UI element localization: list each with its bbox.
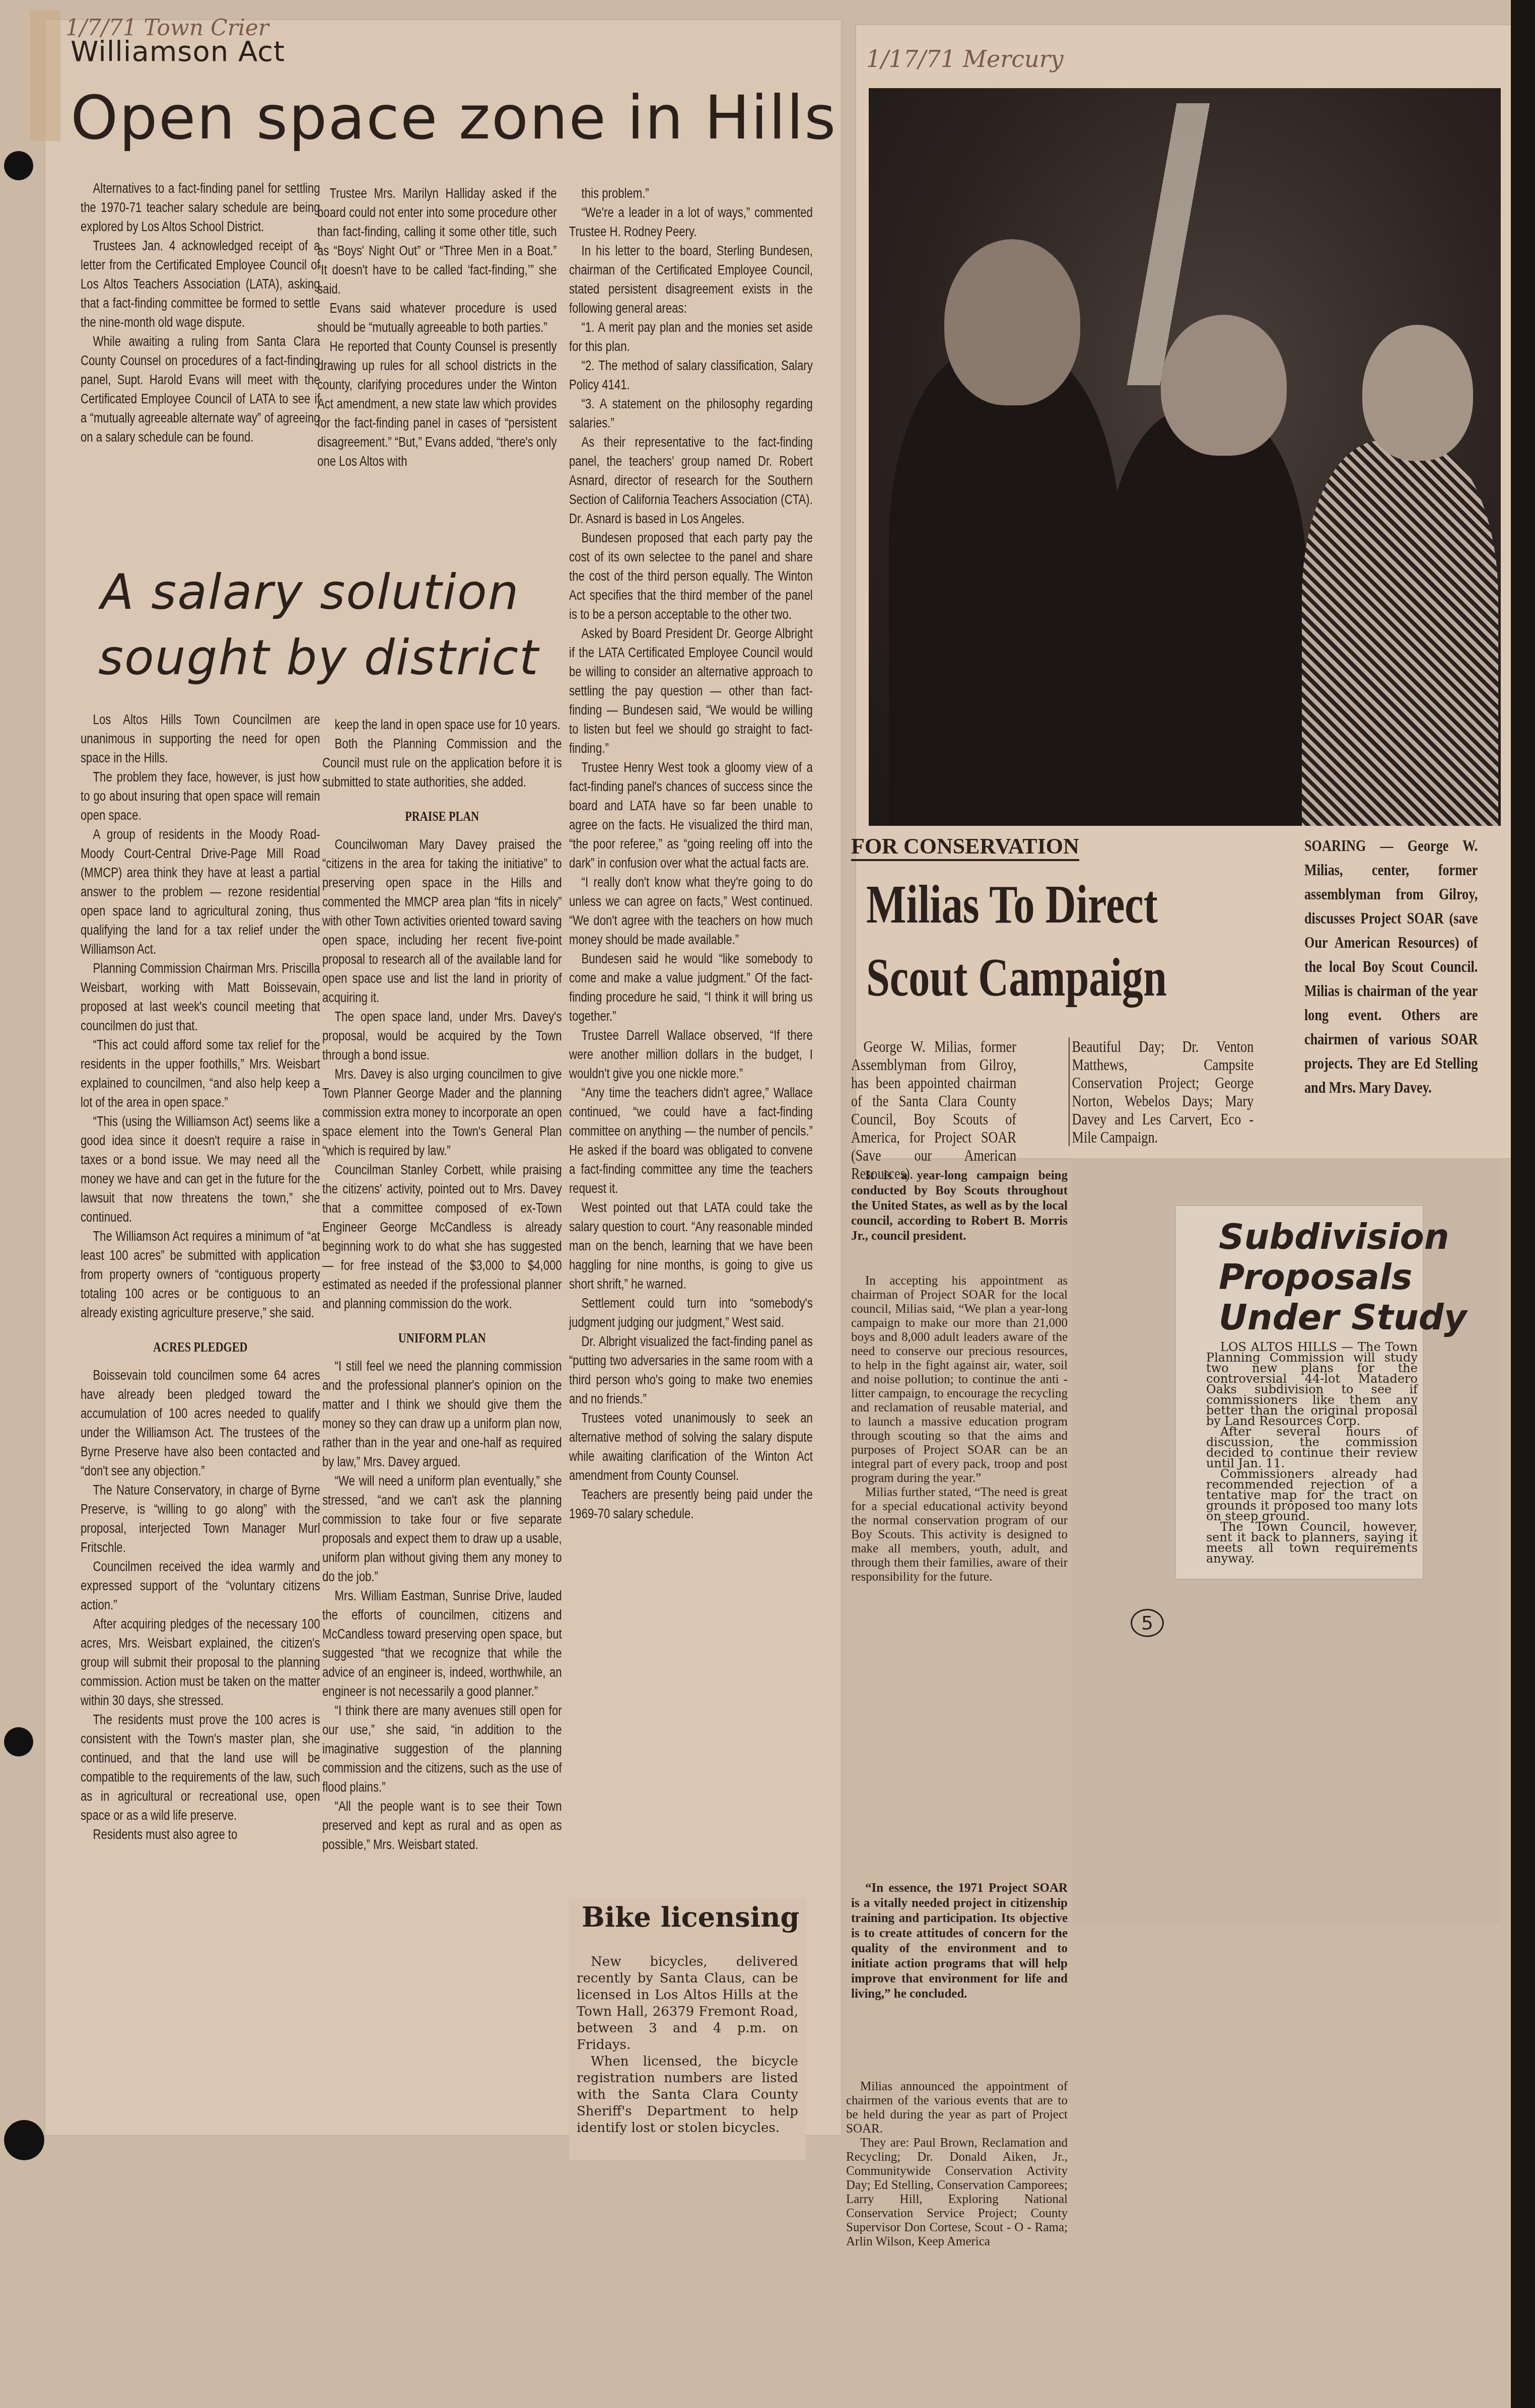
paragraph: Alternatives to a fact-finding panel for… (81, 179, 320, 236)
paragraph: “I still feel we need the planning commi… (322, 1357, 562, 1471)
paragraph: “3. A statement on the philosophy regard… (569, 394, 813, 433)
paragraph: “In essence, the 1971 Project SOAR is a … (851, 1881, 1068, 2002)
milias-lead-left: George W. Milias, former Assemblyman fro… (851, 1037, 1016, 1182)
hills-col-2: keep the land in open space use for 10 y… (322, 715, 562, 1854)
headline-subdivision-3: Under Study (1219, 1297, 1467, 1338)
paragraph: Milias announced the appointment of chai… (846, 2080, 1068, 2136)
person-left (889, 350, 1121, 826)
paragraph: Los Altos Hills Town Councilmen are unan… (81, 710, 320, 767)
subhead-uniform-plan: UNIFORM PLAN (322, 1328, 562, 1348)
paragraph: Councilman Stanley Corbett, while praisi… (322, 1160, 562, 1313)
paragraph: Trustee Darrell Wallace observed, “If th… (569, 1026, 813, 1083)
paragraph: “This (using the Williamson Act) seems l… (81, 1112, 320, 1227)
paragraph: West pointed out that LATA could take th… (569, 1198, 813, 1294)
salary-col-3: this problem.” “We're a leader in a lot … (569, 184, 813, 1523)
salary-col-1: Alternatives to a fact-finding panel for… (81, 179, 320, 447)
headline-bike-licensing: Bike licensing (582, 1901, 799, 1933)
face-left (944, 239, 1080, 405)
paragraph: “2. The method of salary classification,… (569, 356, 813, 394)
paragraph: “I really don't know what they're going … (569, 873, 813, 949)
handwritten-date-right: 1/17/71 Mercury (866, 45, 1064, 73)
headline-subdivision-1: Subdivision (1219, 1216, 1449, 1257)
binder-hole-middle (4, 1727, 33, 1756)
paragraph: “Any time the teachers didn't agree,” Wa… (569, 1083, 813, 1198)
paragraph: The Town Council, however, sent it back … (1206, 1522, 1418, 1564)
person-center (1105, 410, 1307, 826)
paragraph: Boissevain told councilmen some 64 acres… (81, 1366, 320, 1480)
paragraph: New bicycles, delivered recently by Sant… (577, 1954, 798, 2053)
paragraph: “We will need a uniform plan eventually,… (322, 1471, 562, 1586)
face-right (1362, 325, 1473, 461)
paragraph: As their representative to the fact-find… (569, 433, 813, 528)
paragraph: Settlement could turn into “somebody's j… (569, 1294, 813, 1332)
headline-open-space: Open space zone in Hills (71, 83, 837, 153)
label-for-conservation: FOR CONSERVATION (851, 833, 1079, 861)
photo-caption: SOARING — George W. Milias, center, form… (1304, 833, 1478, 1099)
subdivision-body: LOS ALTOS HILLS — The Town Planning Comm… (1206, 1342, 1418, 1564)
paragraph: The residents must prove the 100 acres i… (81, 1710, 320, 1825)
paragraph: Trustee Mrs. Marilyn Halliday asked if t… (317, 184, 557, 299)
paragraph: A group of residents in the Moody Road-M… (81, 825, 320, 959)
binder-hole-bottom (4, 2120, 44, 2160)
paragraph: George W. Milias, former Assemblyman fro… (851, 1037, 1016, 1182)
news-photo-milias (869, 88, 1501, 826)
paragraph: Councilmen received the idea warmly and … (81, 1557, 320, 1614)
paragraph: The open space land, under Mrs. Davey's … (322, 1007, 562, 1065)
paragraph: Trustee Henry West took a gloomy view of… (569, 758, 813, 873)
paragraph: In accepting his appointment as chairman… (851, 1274, 1068, 1485)
paragraph: this problem.” (569, 184, 813, 203)
paragraph: The Nature Conservatory, in charge of By… (81, 1480, 320, 1557)
paragraph: keep the land in open space use for 10 y… (322, 715, 562, 734)
paragraph: Residents must also agree to (81, 1825, 320, 1844)
headline-subdivision-2: Proposals (1219, 1256, 1413, 1298)
paragraph: They are: Paul Brown, Reclamation and Re… (846, 2136, 1068, 2249)
paragraph: The problem they face, however, is just … (81, 767, 320, 825)
paragraph: “1. A merit pay plan and the monies set … (569, 318, 813, 356)
paragraph: While awaiting a ruling from Santa Clara… (81, 332, 320, 447)
paragraph: Dr. Albright visualized the fact-finding… (569, 1332, 813, 1408)
milias-body-continued: In accepting his appointment as chairman… (851, 1274, 1068, 1584)
paragraph: “I think there are many avenues still op… (322, 1701, 562, 1797)
salary-col-2: Trustee Mrs. Marilyn Halliday asked if t… (317, 184, 557, 471)
subhead-acres-pledged: ACRES PLEDGED (81, 1337, 320, 1357)
paragraph: Teachers are presently being paid under … (569, 1485, 813, 1523)
milias-quote: “In essence, the 1971 Project SOAR is a … (851, 1881, 1068, 2002)
paragraph: It is a year-long campaign being conduct… (851, 1168, 1068, 1244)
caption-text: SOARING — George W. Milias, center, form… (1304, 833, 1478, 1099)
paragraph: He reported that County Counsel is prese… (317, 337, 557, 471)
paragraph: Trustees voted unanimously to seek an al… (569, 1408, 813, 1485)
paragraph: Milias further stated, “The need is grea… (851, 1485, 1068, 1584)
milias-body-column: It is a year-long campaign being conduct… (851, 1168, 1068, 1244)
milias-chairmen: Milias announced the appointment of chai… (846, 2080, 1068, 2249)
paragraph: After acquiring pledges of the necessary… (81, 1614, 320, 1710)
paragraph: Mrs. William Eastman, Sunrise Drive, lau… (322, 1586, 562, 1701)
milias-lead-right: Beautiful Day; Dr. Venton Matthews, Camp… (1069, 1037, 1253, 1146)
headline-milias-line2: Scout Campaign (866, 947, 1167, 1009)
subhead-praise-plan: PRAISE PLAN (322, 807, 562, 826)
headline-milias-line1: Milias To Direct (866, 874, 1158, 936)
paragraph: After several hours of discussion, the c… (1206, 1427, 1418, 1469)
paragraph: The Williamson Act requires a minimum of… (81, 1227, 320, 1322)
page-number-circle: 5 (1131, 1609, 1164, 1637)
kicker-williamson-act: Williamson Act (71, 35, 285, 68)
person-right (1302, 441, 1498, 826)
hills-col-1: Los Altos Hills Town Councilmen are unan… (81, 710, 320, 1844)
paragraph: Asked by Board President Dr. George Albr… (569, 624, 813, 758)
paragraph: When licensed, the bicycle registration … (577, 2053, 798, 2137)
paragraph: Evans said whatever procedure is used sh… (317, 299, 557, 337)
bike-licensing-body: New bicycles, delivered recently by Sant… (577, 1954, 798, 2137)
headline-salary-line1: A salary solution (101, 564, 519, 620)
binder-hole-top (4, 151, 33, 180)
paragraph: Trustees Jan. 4 acknowledged receipt of … (81, 236, 320, 332)
paragraph: Both the Planning Commission and the Cou… (322, 734, 562, 792)
paragraph: Planning Commission Chairman Mrs. Prisci… (81, 959, 320, 1035)
paragraph: Bundesen said he would “like somebody to… (569, 949, 813, 1026)
paragraph: LOS ALTOS HILLS — The Town Planning Comm… (1206, 1342, 1418, 1427)
paragraph: In his letter to the board, Sterling Bun… (569, 241, 813, 318)
paragraph: Bundesen proposed that each party pay th… (569, 528, 813, 624)
paragraph: Councilwoman Mary Davey praised the “cit… (322, 835, 562, 1007)
paragraph: “All the people want is to see their Tow… (322, 1797, 562, 1854)
paragraph: “We're a leader in a lot of ways,” comme… (569, 203, 813, 241)
paragraph: Commissioners already had recommended re… (1206, 1469, 1418, 1522)
paragraph: Mrs. Davey is also urging councilmen to … (322, 1065, 562, 1160)
paragraph: Beautiful Day; Dr. Venton Matthews, Camp… (1072, 1037, 1254, 1146)
tape-strip (30, 10, 60, 141)
headline-salary-line2: sought by district (98, 629, 539, 686)
paragraph: “This act could afford some tax relief f… (81, 1035, 320, 1112)
face-center (1161, 315, 1287, 456)
